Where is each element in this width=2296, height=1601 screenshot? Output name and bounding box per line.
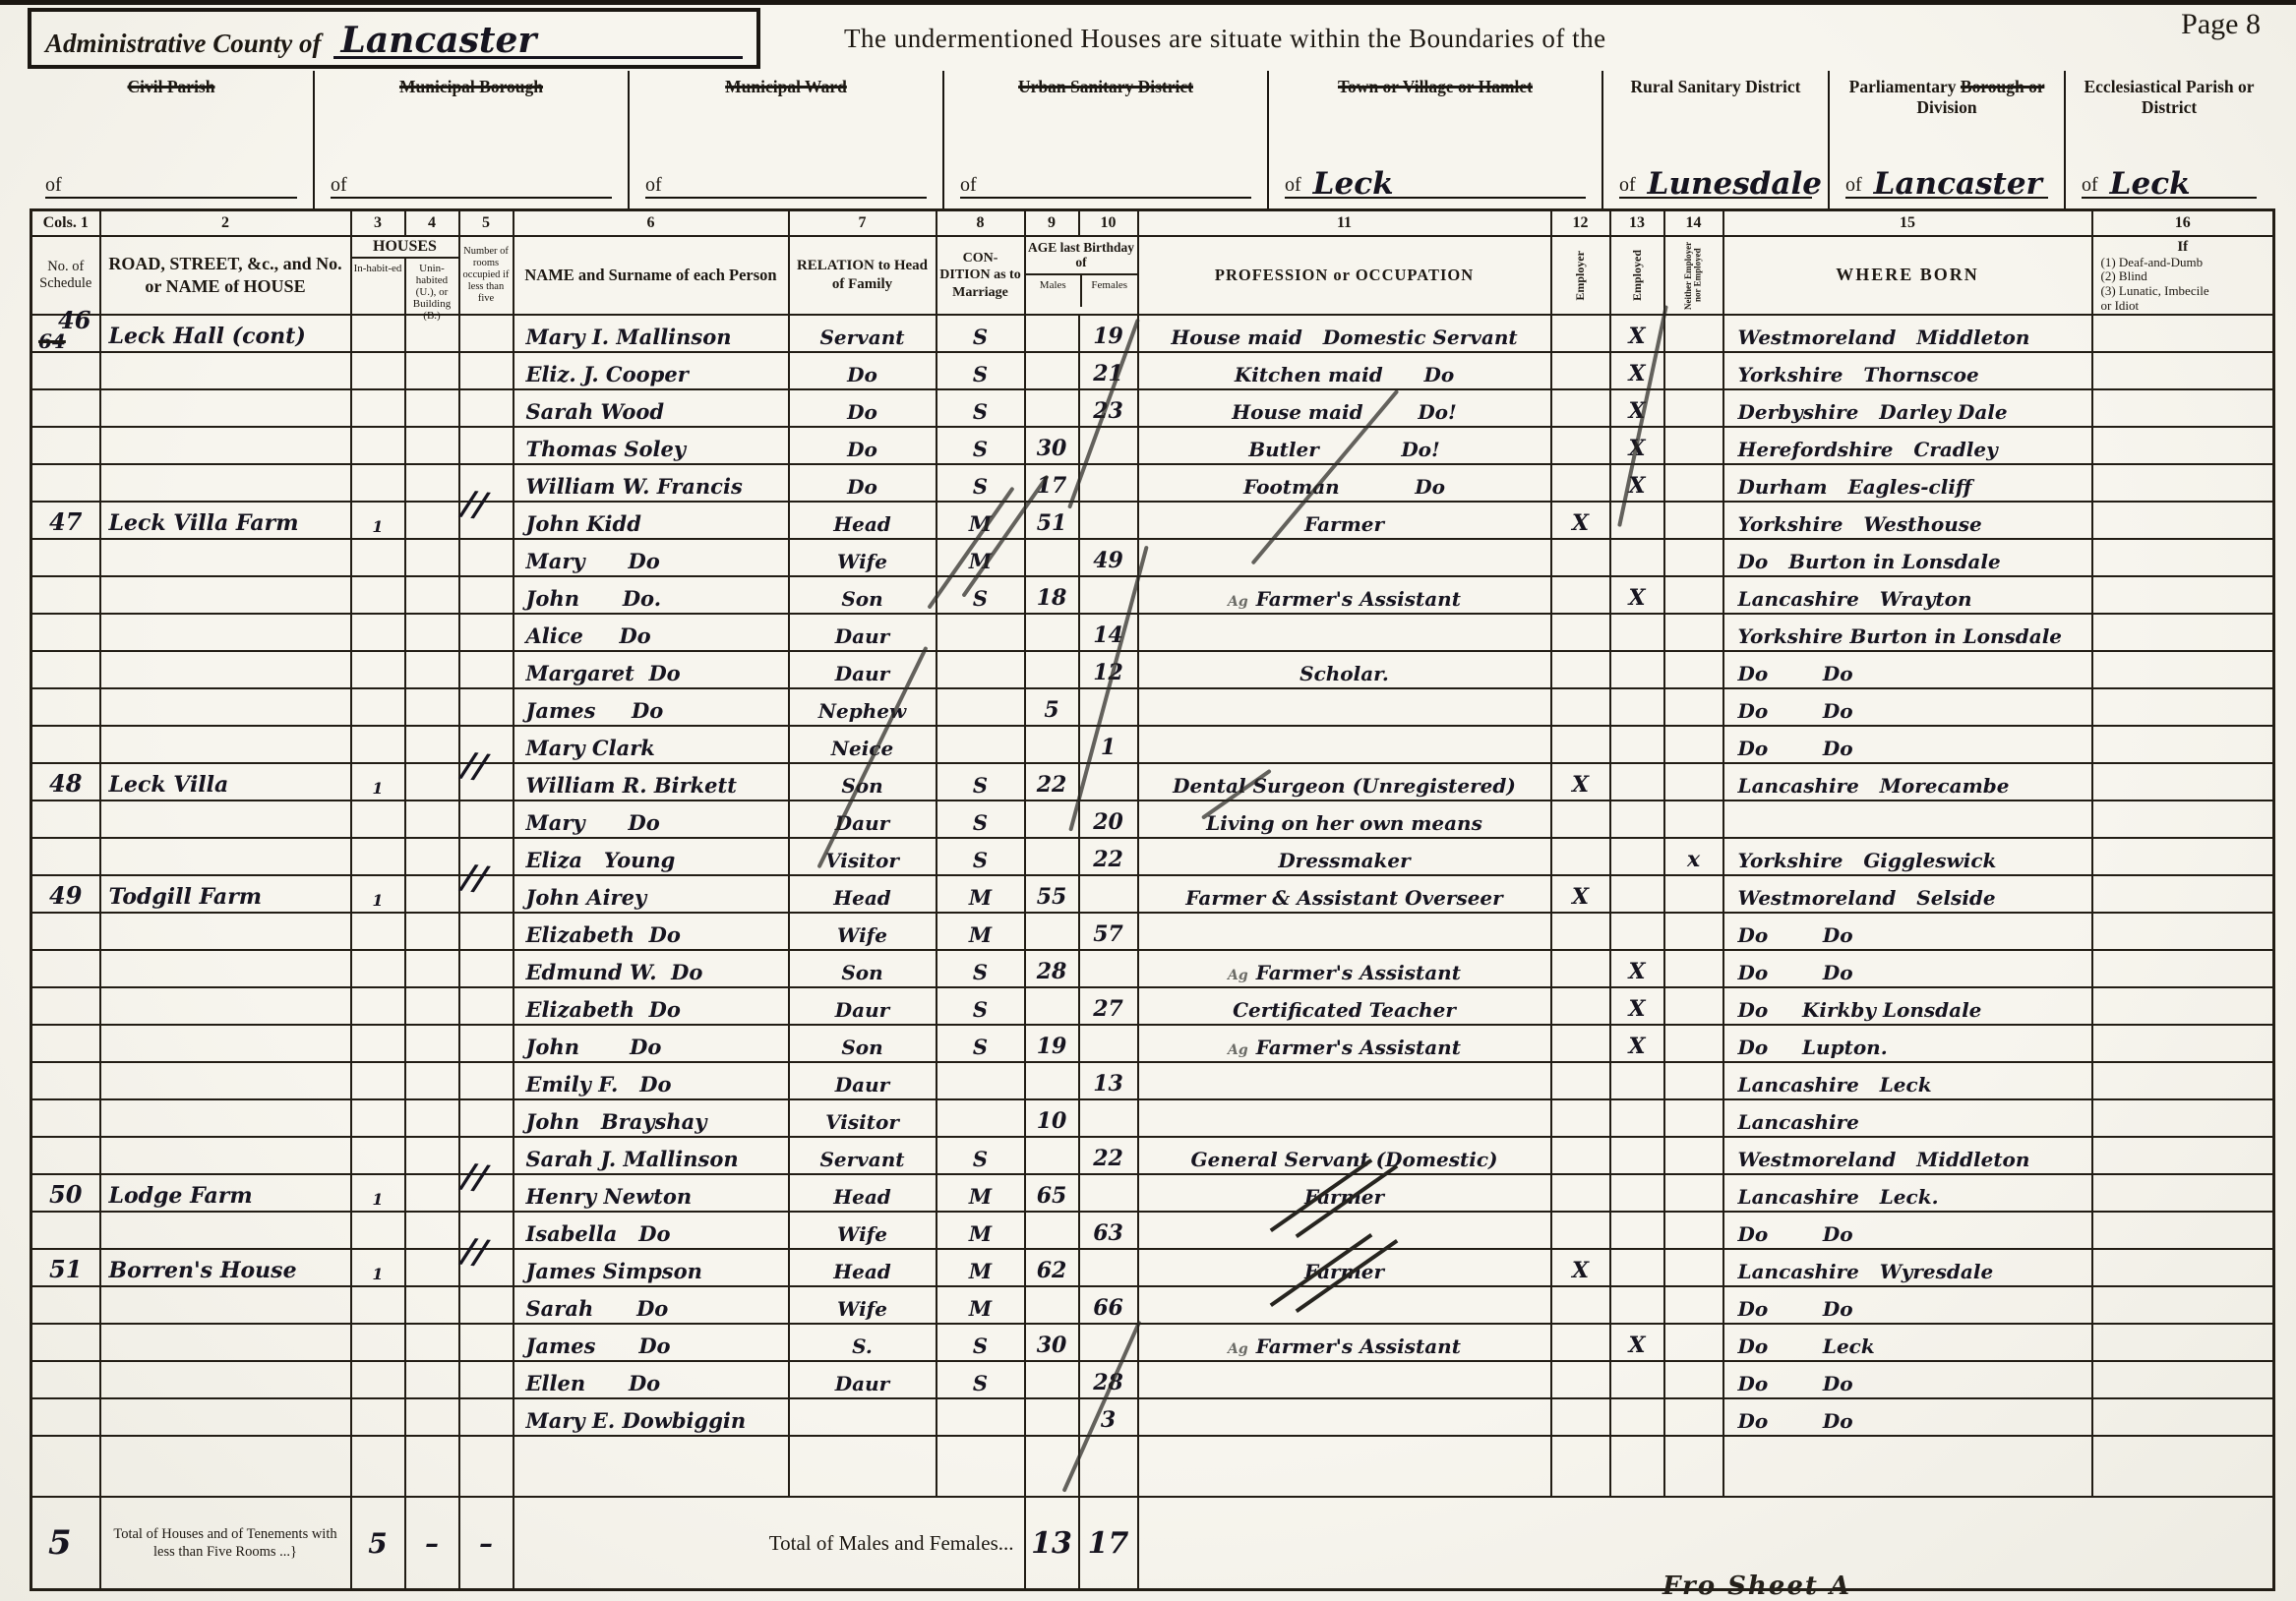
cell-where-born: Do Lupton. — [1723, 1025, 2092, 1062]
cell-employer — [1551, 950, 1610, 987]
header-road-street: ROAD, STREET, &c., and No. or NAME of HO… — [100, 236, 351, 316]
empty-cell — [1610, 1436, 1664, 1497]
cell-profession: House maid Do! — [1138, 389, 1551, 427]
cell-age-female: 20 — [1079, 800, 1138, 838]
column-number: 12 — [1551, 210, 1610, 236]
cell-age-female — [1079, 464, 1138, 502]
cell-age-male — [1025, 539, 1079, 576]
cell-schedule — [31, 688, 100, 726]
cell-employer: X — [1551, 763, 1610, 800]
cell-employed — [1610, 1398, 1664, 1436]
cell-employer — [1551, 427, 1610, 464]
cell-neither — [1664, 1249, 1723, 1286]
cell-age-male — [1025, 614, 1079, 651]
cell-relation: Son — [789, 950, 937, 987]
cell-inhabited — [351, 1324, 405, 1361]
district-value: Lunesdale — [1648, 171, 1822, 197]
column-headers-row: No. of ScheduleROAD, STREET, &c., and No… — [31, 236, 2274, 316]
cell-employer — [1551, 1324, 1610, 1361]
total-inhabited: 5 — [351, 1497, 405, 1589]
empty-cell — [514, 1436, 789, 1497]
cell-employed: X — [1610, 389, 1664, 427]
profession-text: Footman Do — [1243, 475, 1445, 499]
column-number: 4 — [405, 210, 459, 236]
cell-schedule — [31, 352, 100, 389]
cell-name: James Simpson — [514, 1249, 789, 1286]
cell-relation: Daur — [789, 800, 937, 838]
table-row: Ellen DoDaurS28Do Do — [31, 1361, 2274, 1398]
table-row: Sarah J. MallinsonServantS22General Serv… — [31, 1137, 2274, 1174]
cell-house — [100, 1398, 351, 1436]
cell-name: Sarah J. Mallinson — [514, 1137, 789, 1174]
cell-condition: S — [937, 950, 1025, 987]
cell-where-born: Lancashire Leck. — [1723, 1174, 2092, 1212]
cell-relation: Wife — [789, 539, 937, 576]
cell-name: John Do — [514, 1025, 789, 1062]
profession-text: Scholar. — [1299, 662, 1389, 685]
cell-employed — [1610, 1212, 1664, 1249]
cell-house — [100, 913, 351, 950]
profession-text: Farmer — [1304, 1260, 1384, 1283]
of-line: ofLeck — [2082, 151, 2257, 199]
header-infirmity-item: (1) Deaf-and-Dumb — [2095, 256, 2271, 270]
cell-name: Emily F. Do — [514, 1062, 789, 1099]
cell-employer — [1551, 315, 1610, 352]
total-rooms: – — [459, 1497, 514, 1589]
cell-employed — [1610, 1249, 1664, 1286]
cell-rooms: ∕∕ — [459, 502, 514, 539]
empty-cell — [351, 1436, 405, 1497]
cell-rooms — [459, 987, 514, 1025]
cell-neither — [1664, 502, 1723, 539]
cell-relation: Daur — [789, 1062, 937, 1099]
profession-text: House maid Domestic Servant — [1171, 326, 1517, 349]
cell-condition — [937, 651, 1025, 688]
cell-employed — [1610, 1361, 1664, 1398]
cell-inhabited — [351, 651, 405, 688]
cell-inhabited — [351, 427, 405, 464]
cell-schedule — [31, 1062, 100, 1099]
district-header-row: Civil Parishof Municipal Boroughof Munic… — [30, 71, 2272, 208]
cell-name: Thomas Soley — [514, 427, 789, 464]
cell-age-female: 14 — [1079, 614, 1138, 651]
empty-row — [31, 1436, 2274, 1497]
cell-rooms — [459, 800, 514, 838]
cell-infirmity — [2092, 389, 2274, 427]
cell-inhabited: 1 — [351, 502, 405, 539]
cell-profession: AgFarmer's Assistant — [1138, 1324, 1551, 1361]
cell-inhabited — [351, 576, 405, 614]
cell-age-male — [1025, 913, 1079, 950]
cell-schedule: 50 — [31, 1174, 100, 1212]
district-column: Civil Parishof — [30, 71, 315, 208]
cell-where-born: Do Do — [1723, 726, 2092, 763]
column-number: 9 — [1025, 210, 1079, 236]
header-females: Females — [1080, 275, 1137, 307]
cell-house — [100, 352, 351, 389]
cell-schedule: 48 — [31, 763, 100, 800]
cell-schedule — [31, 1212, 100, 1249]
admin-county-label: Administrative County of — [45, 29, 322, 59]
household-boundary-mark: ∕∕ — [459, 1156, 488, 1198]
table-row: Sarah WoodDoS23House maid Do!XDerbyshire… — [31, 389, 2274, 427]
total-females: 17 — [1079, 1497, 1138, 1589]
cell-relation: Wife — [789, 1212, 937, 1249]
total-schedule: 5 — [31, 1497, 100, 1589]
cell-where-born: Do Do — [1723, 688, 2092, 726]
cell-where-born: Do Leck — [1723, 1324, 2092, 1361]
cell-profession — [1138, 1212, 1551, 1249]
column-number: 15 — [1723, 210, 2092, 236]
cell-name: Mary I. Mallinson — [514, 315, 789, 352]
cell-inhabited — [351, 1361, 405, 1398]
cell-neither — [1664, 1286, 1723, 1324]
cell-where-born: Yorkshire Thornscoe — [1723, 352, 2092, 389]
cell-rooms — [459, 1361, 514, 1398]
cell-schedule — [31, 539, 100, 576]
cell-inhabited — [351, 1099, 405, 1137]
cell-rooms — [459, 614, 514, 651]
cell-house — [100, 950, 351, 987]
household-boundary-mark: ∕∕ — [459, 484, 488, 525]
table-row: James DoNephew5Do Do — [31, 688, 2274, 726]
district-label: Town or Village or Hamlet — [1269, 71, 1601, 97]
table-row: John BrayshayVisitor10Lancashire — [31, 1099, 2274, 1137]
cell-where-born: Lancashire Morecambe — [1723, 763, 2092, 800]
cell-schedule — [31, 614, 100, 651]
district-column: Urban Sanitary Districtof — [944, 71, 1269, 208]
of-line: ofLunesdale — [1619, 151, 1812, 199]
profession-text: Farmer — [1304, 512, 1384, 536]
cell-relation: Wife — [789, 1286, 937, 1324]
cell-where-born: Do Do — [1723, 950, 2092, 987]
cell-uninhabited — [405, 838, 459, 875]
cell-relation: Daur — [789, 987, 937, 1025]
header-age-title: AGE last Birthday of — [1026, 237, 1137, 275]
cell-inhabited: 1 — [351, 875, 405, 913]
cell-uninhabited — [405, 539, 459, 576]
cell-age-male: 65 — [1025, 1174, 1079, 1212]
cell-infirmity — [2092, 763, 2274, 800]
cell-where-born: Derbyshire Darley Dale — [1723, 389, 2092, 427]
cell-profession: Footman Do — [1138, 464, 1551, 502]
schedule-value: 46 — [58, 306, 91, 334]
cell-age-male: 28 — [1025, 950, 1079, 987]
cell-where-born: Do Do — [1723, 1398, 2092, 1436]
cell-employer — [1551, 1286, 1610, 1324]
cell-name: Mary Do — [514, 800, 789, 838]
cell-rooms — [459, 1324, 514, 1361]
cell-neither: x — [1664, 838, 1723, 875]
table-row: 50Lodge Farm1∕∕Henry NewtonHeadM65Farmer… — [31, 1174, 2274, 1212]
cell-neither — [1664, 352, 1723, 389]
cell-where-born: Yorkshire Giggleswick — [1723, 838, 2092, 875]
cell-where-born: Yorkshire Westhouse — [1723, 502, 2092, 539]
column-number: 11 — [1138, 210, 1551, 236]
table-row: Isabella DoWifeM63Do Do — [31, 1212, 2274, 1249]
cell-schedule — [31, 1361, 100, 1398]
cell-rooms — [459, 950, 514, 987]
cell-house: Leck Hall (cont) — [100, 315, 351, 352]
cell-condition: S — [937, 389, 1025, 427]
cell-neither — [1664, 987, 1723, 1025]
cell-relation: Servant — [789, 1137, 937, 1174]
cell-employer — [1551, 1361, 1610, 1398]
cell-neither — [1664, 576, 1723, 614]
cell-profession — [1138, 1286, 1551, 1324]
cell-age-male — [1025, 1286, 1079, 1324]
header-uninhabited: Unin-habited (U.), or Building (B.) — [404, 259, 458, 314]
cell-house — [100, 1137, 351, 1174]
profession-text: Kitchen maid Do — [1235, 363, 1454, 386]
cell-rooms — [459, 688, 514, 726]
census-sheet: Administrative County of Lancaster The u… — [0, 0, 2296, 1601]
cell-employer — [1551, 726, 1610, 763]
cell-employer — [1551, 651, 1610, 688]
profession-text: Farmer's Assistant — [1256, 961, 1461, 984]
table-row: 6446Leck Hall (cont)Mary I. MallinsonSer… — [31, 315, 2274, 352]
cell-name: William R. Birkett — [514, 763, 789, 800]
cell-inhabited — [351, 987, 405, 1025]
cell-inhabited — [351, 315, 405, 352]
header-age: AGE last Birthday ofMalesFemales — [1025, 236, 1138, 316]
cell-house: Lodge Farm — [100, 1174, 351, 1212]
top-border-rule — [0, 0, 2296, 5]
of-line: of — [45, 151, 297, 199]
profession-text: Dressmaker — [1278, 849, 1410, 872]
cell-schedule — [31, 1099, 100, 1137]
cell-house — [100, 389, 351, 427]
table-row: Elizabeth DoWifeM57Do Do — [31, 913, 2274, 950]
profession-text: General Servant (Domestic) — [1191, 1148, 1498, 1171]
cell-name: John Airey — [514, 875, 789, 913]
table-row: William W. FrancisDoS17Footman DoXDurham… — [31, 464, 2274, 502]
cell-where-born: Durham Eagles-cliff — [1723, 464, 2092, 502]
cell-house: Todgill Farm — [100, 875, 351, 913]
cell-where-born: Do Do — [1723, 1361, 2092, 1398]
cell-age-female — [1079, 1174, 1138, 1212]
cell-profession — [1138, 539, 1551, 576]
empty-cell — [2092, 1436, 2274, 1497]
district-label: Municipal Ward — [630, 71, 942, 97]
cell-infirmity — [2092, 726, 2274, 763]
cell-employed — [1610, 838, 1664, 875]
cell-profession: Scholar. — [1138, 651, 1551, 688]
cell-infirmity — [2092, 1137, 2274, 1174]
table-row: Mary ClarkNeice1Do Do — [31, 726, 2274, 763]
cell-house — [100, 651, 351, 688]
of-word: of — [1285, 174, 1301, 197]
cell-age-male — [1025, 389, 1079, 427]
cell-profession: Kitchen maid Do — [1138, 352, 1551, 389]
cell-profession: Butler Do! — [1138, 427, 1551, 464]
empty-cell — [1664, 1436, 1723, 1497]
header-schedule: No. of Schedule — [31, 236, 100, 316]
table-row: John Do.SonS18AgFarmer's AssistantXLanca… — [31, 576, 2274, 614]
cell-rooms — [459, 389, 514, 427]
cell-rooms: ∕∕ — [459, 763, 514, 800]
cell-uninhabited — [405, 688, 459, 726]
cell-uninhabited — [405, 1361, 459, 1398]
cell-where-born: Yorkshire Burton in Lonsdale — [1723, 614, 2092, 651]
cell-neither — [1664, 1025, 1723, 1062]
cell-rooms — [459, 1099, 514, 1137]
header-infirmity-item: (2) Blind — [2095, 269, 2271, 284]
profession-text: House maid Do! — [1232, 400, 1457, 424]
empty-cell — [405, 1436, 459, 1497]
cell-infirmity — [2092, 502, 2274, 539]
cell-uninhabited — [405, 800, 459, 838]
cell-infirmity — [2092, 688, 2274, 726]
profession-text: Farmer's Assistant — [1256, 1334, 1461, 1358]
cell-age-female: 63 — [1079, 1212, 1138, 1249]
cell-name: Mary Do — [514, 539, 789, 576]
table-row: James DoS.S30AgFarmer's AssistantXDo Lec… — [31, 1324, 2274, 1361]
table-row: Mary DoDaurS20Living on her own means — [31, 800, 2274, 838]
cell-age-male — [1025, 726, 1079, 763]
cell-where-born: Do Burton in Lonsdale — [1723, 539, 2092, 576]
cell-house — [100, 1062, 351, 1099]
cell-inhabited — [351, 464, 405, 502]
table-row: John DoSonS19AgFarmer's AssistantXDo Lup… — [31, 1025, 2274, 1062]
cell-where-born: Do Do — [1723, 913, 2092, 950]
cell-age-male: 18 — [1025, 576, 1079, 614]
cell-profession — [1138, 614, 1551, 651]
cell-house — [100, 1324, 351, 1361]
cell-condition — [937, 1062, 1025, 1099]
cell-where-born: Westmoreland Middleton — [1723, 1137, 2092, 1174]
cell-age-female: 13 — [1079, 1062, 1138, 1099]
header-where-born: WHERE BORN — [1723, 236, 2092, 316]
district-column: Rural Sanitary DistrictofLunesdale — [1603, 71, 1830, 208]
cell-schedule — [31, 1137, 100, 1174]
cell-employer — [1551, 800, 1610, 838]
cell-age-male: 30 — [1025, 1324, 1079, 1361]
district-label: Municipal Borough — [315, 71, 628, 97]
of-word: of — [331, 174, 347, 197]
cell-employer — [1551, 1212, 1610, 1249]
cell-profession: Living on her own means — [1138, 800, 1551, 838]
cell-profession — [1138, 913, 1551, 950]
cell-employed: X — [1610, 987, 1664, 1025]
cell-house — [100, 800, 351, 838]
cell-house — [100, 1025, 351, 1062]
cell-profession — [1138, 1099, 1551, 1137]
cell-inhabited — [351, 1025, 405, 1062]
cell-employed: X — [1610, 464, 1664, 502]
cell-inhabited — [351, 1137, 405, 1174]
column-number: 2 — [100, 210, 351, 236]
cell-employer: X — [1551, 1249, 1610, 1286]
cell-where-born: Lancashire — [1723, 1099, 2092, 1137]
empty-cell — [1138, 1436, 1551, 1497]
cell-house — [100, 464, 351, 502]
cell-infirmity — [2092, 1099, 2274, 1137]
cell-employer — [1551, 838, 1610, 875]
column-number: 3 — [351, 210, 405, 236]
cell-uninhabited — [405, 427, 459, 464]
bottom-right-note: Fro Sheet A — [1662, 1571, 1851, 1601]
total-uninhabited: – — [405, 1497, 459, 1589]
cell-employer — [1551, 1174, 1610, 1212]
cell-age-male — [1025, 315, 1079, 352]
cell-profession — [1138, 1062, 1551, 1099]
cell-schedule — [31, 1286, 100, 1324]
cell-relation: Visitor — [789, 838, 937, 875]
cell-rooms — [459, 539, 514, 576]
empty-cell — [1551, 1436, 1610, 1497]
of-word: of — [960, 174, 977, 197]
totals-row: 5Total of Houses and of Tenements with l… — [31, 1497, 2274, 1589]
cell-infirmity — [2092, 838, 2274, 875]
cell-schedule — [31, 913, 100, 950]
header-inhabited: In-habit-ed — [352, 259, 404, 314]
cell-employer — [1551, 539, 1610, 576]
of-word: of — [2082, 174, 2098, 197]
cell-name: Eliza Young — [514, 838, 789, 875]
cell-inhabited: 1 — [351, 1174, 405, 1212]
cell-inhabited — [351, 1062, 405, 1099]
cell-schedule — [31, 576, 100, 614]
cell-relation — [789, 1398, 937, 1436]
header-infirmity-title: If — [2095, 239, 2271, 256]
cell-house — [100, 688, 351, 726]
cell-neither — [1664, 913, 1723, 950]
cell-infirmity — [2092, 1062, 2274, 1099]
cell-age-male: 22 — [1025, 763, 1079, 800]
cell-employer: X — [1551, 875, 1610, 913]
of-word: of — [45, 174, 62, 197]
cell-name: Mary E. Dowbiggin — [514, 1398, 789, 1436]
cell-infirmity — [2092, 352, 2274, 389]
cell-age-female — [1079, 875, 1138, 913]
cell-employed — [1610, 1286, 1664, 1324]
cell-schedule — [31, 950, 100, 987]
cell-neither — [1664, 1324, 1723, 1361]
district-label: Ecclesiastical Parish or District — [2066, 71, 2272, 118]
cell-profession: Farmer — [1138, 1174, 1551, 1212]
cell-name: Elizabeth Do — [514, 987, 789, 1025]
cell-employed: X — [1610, 1025, 1664, 1062]
cell-inhabited — [351, 950, 405, 987]
cell-infirmity — [2092, 1324, 2274, 1361]
cell-condition: S — [937, 987, 1025, 1025]
cell-employed — [1610, 1137, 1664, 1174]
cell-employed — [1610, 913, 1664, 950]
cell-condition: M — [937, 1174, 1025, 1212]
cell-age-male — [1025, 987, 1079, 1025]
cell-condition: S — [937, 576, 1025, 614]
cell-age-female — [1079, 1025, 1138, 1062]
cell-relation: Daur — [789, 614, 937, 651]
cell-age-female: 57 — [1079, 913, 1138, 950]
cell-neither — [1664, 1137, 1723, 1174]
cell-neither — [1664, 1212, 1723, 1249]
cell-age-female — [1079, 1099, 1138, 1137]
profession-text: Farmer's Assistant — [1256, 1036, 1461, 1059]
total-males: 13 — [1025, 1497, 1079, 1589]
cell-age-female — [1079, 1249, 1138, 1286]
empty-cell — [1723, 1436, 2092, 1497]
cell-house — [100, 1361, 351, 1398]
header-houses: HOUSESIn-habit-edUnin-habited (U.), or B… — [351, 236, 459, 316]
cell-schedule — [31, 427, 100, 464]
empty-cell — [789, 1436, 937, 1497]
column-number: Cols. 1 — [31, 210, 100, 236]
header-males: Males — [1026, 275, 1081, 307]
empty-cell — [1025, 1436, 1079, 1497]
page-number: Page 8 — [2181, 8, 2261, 41]
